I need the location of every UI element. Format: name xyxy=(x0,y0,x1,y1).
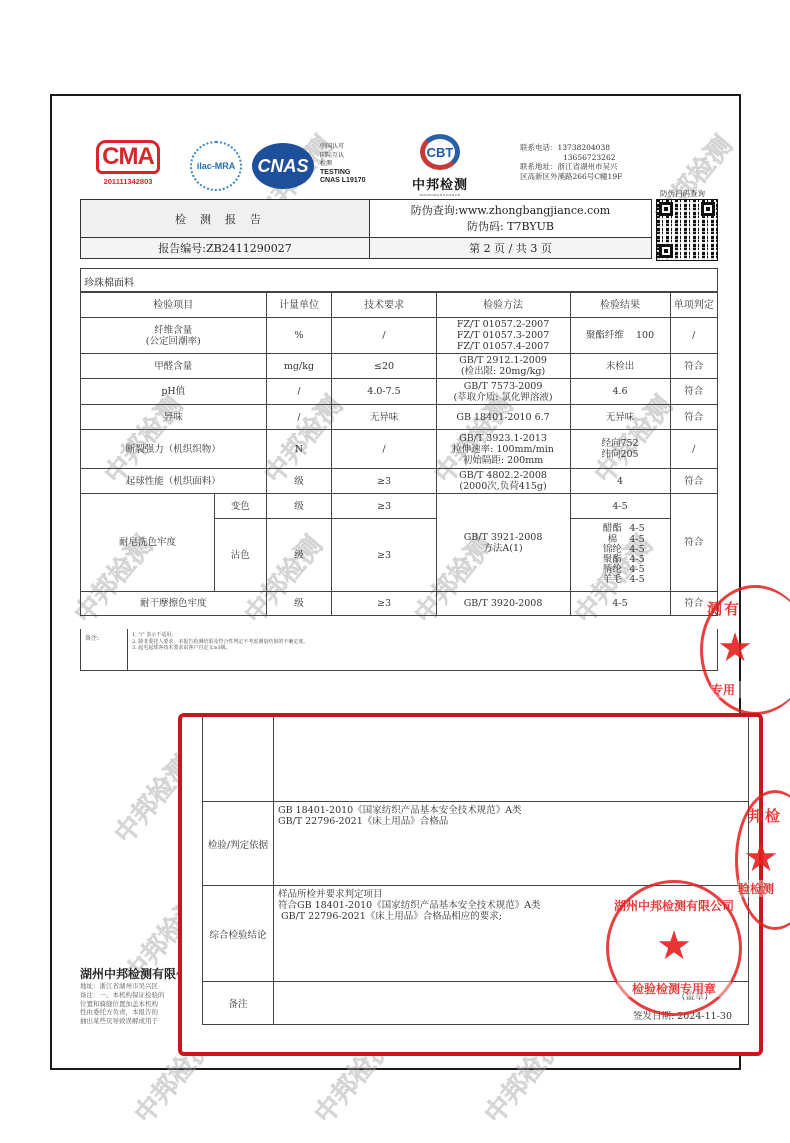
conclusion-content: 样品所检并要求判定项目 符合GB 18401-2010《国家纺织产品基本安全技术… xyxy=(274,886,749,982)
cell-method: GB 18401-2010 6.7 xyxy=(436,405,570,430)
cell-subitem: 沾色 xyxy=(214,519,266,592)
phone-2: 13656723262 xyxy=(520,153,622,163)
cell-item: 异味 xyxy=(81,405,267,430)
cell-unit: / xyxy=(266,379,332,405)
table-header-row: 检验项目 计量单位 技术要求 检验方法 检验结果 单项判定 xyxy=(81,293,718,318)
cell-unit: 级 xyxy=(266,592,332,616)
report-number: 报告编号:ZB2411290027 xyxy=(81,238,370,259)
method-line: (2000次,负荷415g) xyxy=(437,481,570,492)
cell-result: 无异味 xyxy=(570,405,670,430)
footer-line: 性由委托方负责，本报告的 xyxy=(80,1008,190,1017)
method-line: FZ/T 01057.3-2007 xyxy=(437,330,570,341)
cell-unit: 级 xyxy=(266,519,332,592)
cell-item: 纤维含量(公定回潮率) xyxy=(81,318,267,354)
company-footer: 湖州中邦检测有限公司 地址：浙江省湖州市吴兴区 备注：一、本机构保证检验的 位置… xyxy=(80,965,190,1026)
method-line: 方法A(1) xyxy=(437,543,570,554)
notes-content: 1. "/" 表示不适用; 2. 除非委托人要求，本报告检测结果及符合性判定不考… xyxy=(127,629,312,670)
stain-fiber: 羊毛 xyxy=(595,575,629,585)
conclusion-label: 综合检验结论 xyxy=(203,886,274,982)
cnas-line: CNAS L19170 xyxy=(320,177,366,184)
header-requirement: 技术要求 xyxy=(332,293,436,318)
report-title-block: 检测报告 防伪查询:www.zhongbangjiance.com 防伪码: T… xyxy=(80,199,652,259)
cnas-logo: CNAS xyxy=(252,143,314,189)
cbt-logo: CBT 中邦检测 ZHONGBANGJIANCE xyxy=(410,134,470,196)
table-row: 检验/判定依据 GB 18401-2010《国家纺织产品基本安全技术规范》A类 … xyxy=(203,802,749,886)
verify-info: 防伪查询:www.zhongbangjiance.com 防伪码: T7BYUB xyxy=(370,200,652,238)
cell-result: 4 xyxy=(570,469,670,494)
cnas-line: TESTING xyxy=(320,169,350,176)
cell-unit: N xyxy=(266,430,332,469)
cell-method: GB/T 7573-2009(萃取介质: 氯化钾溶液) xyxy=(436,379,570,405)
cma-number: 201111342803 xyxy=(96,177,160,186)
table-row: 备注 (盖章) 签发日期: 2024-11-30 xyxy=(203,982,749,1025)
cell-method: GB/T 3921-2008方法A(1) xyxy=(436,494,570,592)
empty-label-cell xyxy=(203,716,274,802)
header-verdict: 单项判定 xyxy=(670,293,717,318)
header-unit: 计量单位 xyxy=(266,293,332,318)
results-table: 检验项目 计量单位 技术要求 检验方法 检验结果 单项判定 纤维含量(公定回潮率… xyxy=(80,292,718,616)
header-result: 检验结果 xyxy=(570,293,670,318)
qr-code-icon[interactable] xyxy=(656,199,718,261)
cell-item: 耐皂洗色牢度 xyxy=(81,494,215,592)
header-item: 检验项目 xyxy=(81,293,267,318)
ilac-text: ilac-MRA xyxy=(197,161,236,171)
stamp-note: (盖章) xyxy=(682,988,708,1002)
basis-line: GB/T 22796-2021《床上用品》合格品 xyxy=(278,816,744,827)
cell-req: 无异味 xyxy=(332,405,436,430)
cell-item: 耐干摩擦色牢度 xyxy=(81,592,267,616)
cell-req: ≤20 xyxy=(332,354,436,379)
cell-method: GB/T 3923.1-2013拉伸速率: 100mm/min初始隔距: 200… xyxy=(436,430,570,469)
item-text: 纤维含量 xyxy=(81,325,266,336)
cell-method: FZ/T 01057.2-2007FZ/T 01057.3-2007FZ/T 0… xyxy=(436,318,570,354)
qr-finder xyxy=(659,202,673,216)
cell-verdict: 符合 xyxy=(670,494,717,592)
issue-date-value: 2024-11-30 xyxy=(677,1011,732,1022)
cell-verdict: / xyxy=(670,430,717,469)
method-line: (检出限: 20mg/kg) xyxy=(437,366,570,377)
method-line: GB/T 4802.2-2008 xyxy=(437,470,570,481)
cell-unit: 级 xyxy=(266,469,332,494)
table-row: 断裂强力（机织织物） N / GB/T 3923.1-2013拉伸速率: 100… xyxy=(81,430,718,469)
cell-result: 聚酯纤维 100 xyxy=(570,318,670,354)
cbt-company-name: 中邦检测 xyxy=(410,174,470,193)
cnas-line: 中国认可 xyxy=(320,143,366,152)
cell-result: 4-5 xyxy=(570,592,670,616)
table-row: pH值 / 4.0-7.5 GB/T 7573-2009(萃取介质: 氯化钾溶液… xyxy=(81,379,718,405)
footer-line: 备注：一、本机构保证检验的 xyxy=(80,991,190,1000)
cell-req: 4.0-7.5 xyxy=(332,379,436,405)
cell-item: 起球性能（机织面料） xyxy=(81,469,267,494)
conclusion-table: 检验/判定依据 GB 18401-2010《国家纺织产品基本安全技术规范》A类 … xyxy=(202,715,749,1025)
qr-label: 防伪扫码查询 xyxy=(660,188,705,199)
cell-unit: mg/kg xyxy=(266,354,332,379)
sample-name: 珍珠棉面料 xyxy=(80,268,718,292)
contact-info: 联系电话：13738204038 13656723262 联系地址：浙江省湖州市… xyxy=(520,143,622,181)
cell-result: 4.6 xyxy=(570,379,670,405)
cnas-line: 检测 xyxy=(320,160,366,169)
cell-method: GB/T 4802.2-2008(2000次,负荷415g) xyxy=(436,469,570,494)
cell-req: ≥3 xyxy=(332,519,436,592)
cell-verdict: 符合 xyxy=(670,469,717,494)
basis-content: GB 18401-2010《国家纺织产品基本安全技术规范》A类 GB/T 227… xyxy=(274,802,749,886)
table-row: 综合检验结论 样品所检并要求判定项目 符合GB 18401-2010《国家纺织产… xyxy=(203,886,749,982)
qr-finder xyxy=(659,244,673,258)
cell-item: pH值 xyxy=(81,379,267,405)
method-line: 初始隔距: 200mm xyxy=(437,455,570,466)
stain-result-row: 羊毛4-5 xyxy=(595,575,644,585)
verify-code: 防伪码: T7BYUB xyxy=(370,219,651,235)
phone-1: 13738204038 xyxy=(558,143,611,152)
method-line: GB/T 7573-2009 xyxy=(437,381,570,392)
verify-url[interactable]: 防伪查询:www.zhongbangjiance.com xyxy=(370,203,651,219)
table-row xyxy=(203,716,749,802)
qr-finder xyxy=(701,202,715,216)
notes-label: 备注: xyxy=(85,633,99,642)
stain-grade: 4-5 xyxy=(629,575,644,585)
stain-results-list: 醋酯4-5棉4-5锦纶4-5聚酯4-5腈纶4-5羊毛4-5 xyxy=(595,524,644,585)
address-label: 联系地址： xyxy=(520,162,558,171)
method-line: FZ/T 01057.2-2007 xyxy=(437,319,570,330)
method-line: 拉伸速率: 100mm/min xyxy=(437,444,570,455)
table-row: 甲醛含量 mg/kg ≤20 GB/T 2912.1-2009(检出限: 20m… xyxy=(81,354,718,379)
zoomed-conclusion-panel: 检验/判定依据 GB 18401-2010《国家纺织产品基本安全技术规范》A类 … xyxy=(178,713,763,1056)
address-2: 区高新区外溪路266号C幢19F xyxy=(520,172,622,182)
cell-verdict: / xyxy=(670,318,717,354)
result-line: 经向752 xyxy=(571,438,670,449)
cell-req: / xyxy=(332,430,436,469)
cma-mark: CMA xyxy=(96,140,160,174)
empty-cell xyxy=(274,716,749,802)
footer-company: 湖州中邦检测有限公司 xyxy=(80,965,190,982)
cell-verdict: 符合 xyxy=(670,592,717,616)
table-row: 起球性能（机织面料） 级 ≥3 GB/T 4802.2-2008(2000次,负… xyxy=(81,469,718,494)
table-row: 耐干摩擦色牢度 级 ≥3 GB/T 3920-2008 4-5 符合 xyxy=(81,592,718,616)
ilac-mra-logo: ilac-MRA xyxy=(190,141,242,191)
table-row: 异味 / 无异味 GB 18401-2010 6.7 无异味 符合 xyxy=(81,405,718,430)
footer-line: 地址：浙江省湖州市吴兴区 xyxy=(80,982,190,991)
issue-date-label: 签发日期: xyxy=(633,1011,674,1022)
remark-content: (盖章) 签发日期: 2024-11-30 xyxy=(274,982,749,1025)
table-row: 耐皂洗色牢度 变色 级 ≥3 GB/T 3921-2008方法A(1) 4-5 … xyxy=(81,494,718,519)
method-line: GB/T 3921-2008 xyxy=(437,532,570,543)
cbt-subtitle: ZHONGBANGJIANCE xyxy=(410,193,470,197)
cell-result: 醋酯4-5棉4-5锦纶4-5聚酯4-5腈纶4-5羊毛4-5 xyxy=(570,519,670,592)
conclusion-line: 样品所检并要求判定项目 xyxy=(278,889,744,900)
item-text: (公定回潮率) xyxy=(81,336,266,347)
cbt-mark: CBT xyxy=(420,134,460,170)
basis-line: GB 18401-2010《国家纺织产品基本安全技术规范》A类 xyxy=(278,805,744,816)
cnas-line: 国际互认 xyxy=(320,152,366,161)
issue-date: 签发日期: 2024-11-30 xyxy=(633,1008,732,1022)
method-line: (萃取介质: 氯化钾溶液) xyxy=(437,392,570,403)
cell-req: ≥3 xyxy=(332,494,436,519)
report-title: 检测报告 xyxy=(81,200,370,238)
cell-unit: % xyxy=(266,318,332,354)
footer-line: 抽出某些页导致误解或用于 xyxy=(80,1017,190,1026)
cell-req: ≥3 xyxy=(332,592,436,616)
table-row: 纤维含量(公定回潮率) % / FZ/T 01057.2-2007FZ/T 01… xyxy=(81,318,718,354)
method-line: GB/T 2912.1-2009 xyxy=(437,355,570,366)
cell-unit: / xyxy=(266,405,332,430)
conclusion-line: 符合GB 18401-2010《国家纺织产品基本安全技术规范》A类 xyxy=(278,900,744,911)
cnas-accreditation-text: 中国认可 国际互认 检测 TESTING CNAS L19170 xyxy=(320,143,366,186)
cell-method: GB/T 2912.1-2009(检出限: 20mg/kg) xyxy=(436,354,570,379)
address-1: 浙江省湖州市吴兴 xyxy=(558,162,618,171)
page-info: 第 2 页 / 共 3 页 xyxy=(370,238,652,259)
method-line: GB/T 3923.1-2013 xyxy=(437,433,570,444)
cell-result: 未检出 xyxy=(570,354,670,379)
method-line: FZ/T 01057.4-2007 xyxy=(437,341,570,352)
basis-label: 检验/判定依据 xyxy=(203,802,274,886)
cell-method: GB/T 3920-2008 xyxy=(436,592,570,616)
notes-box: 备注: 1. "/" 表示不适用; 2. 除非委托人要求，本报告检测结果及符合性… xyxy=(80,629,718,671)
cell-verdict: 符合 xyxy=(670,379,717,405)
phone-label: 联系电话： xyxy=(520,143,558,152)
conclusion-line: GB/T 22796-2021《床上用品》合格品相应的要求; xyxy=(278,911,744,922)
cell-req: ≥3 xyxy=(332,469,436,494)
cell-result: 经向752纬向205 xyxy=(570,430,670,469)
cell-unit: 级 xyxy=(266,494,332,519)
remark-label: 备注 xyxy=(203,982,274,1025)
result-line: 纬向205 xyxy=(571,449,670,460)
cell-item: 断裂强力（机织织物） xyxy=(81,430,267,469)
header-method: 检验方法 xyxy=(436,293,570,318)
cma-logo: CMA 201111342803 xyxy=(96,140,160,190)
cell-result: 4-5 xyxy=(570,494,670,519)
cell-req: / xyxy=(332,318,436,354)
cell-item: 甲醛含量 xyxy=(81,354,267,379)
cell-verdict: 符合 xyxy=(670,354,717,379)
note-line: 3. 起毛起球客技术要求由客户自定义≥3级。 xyxy=(132,645,308,652)
cell-verdict: 符合 xyxy=(670,405,717,430)
cell-subitem: 变色 xyxy=(214,494,266,519)
